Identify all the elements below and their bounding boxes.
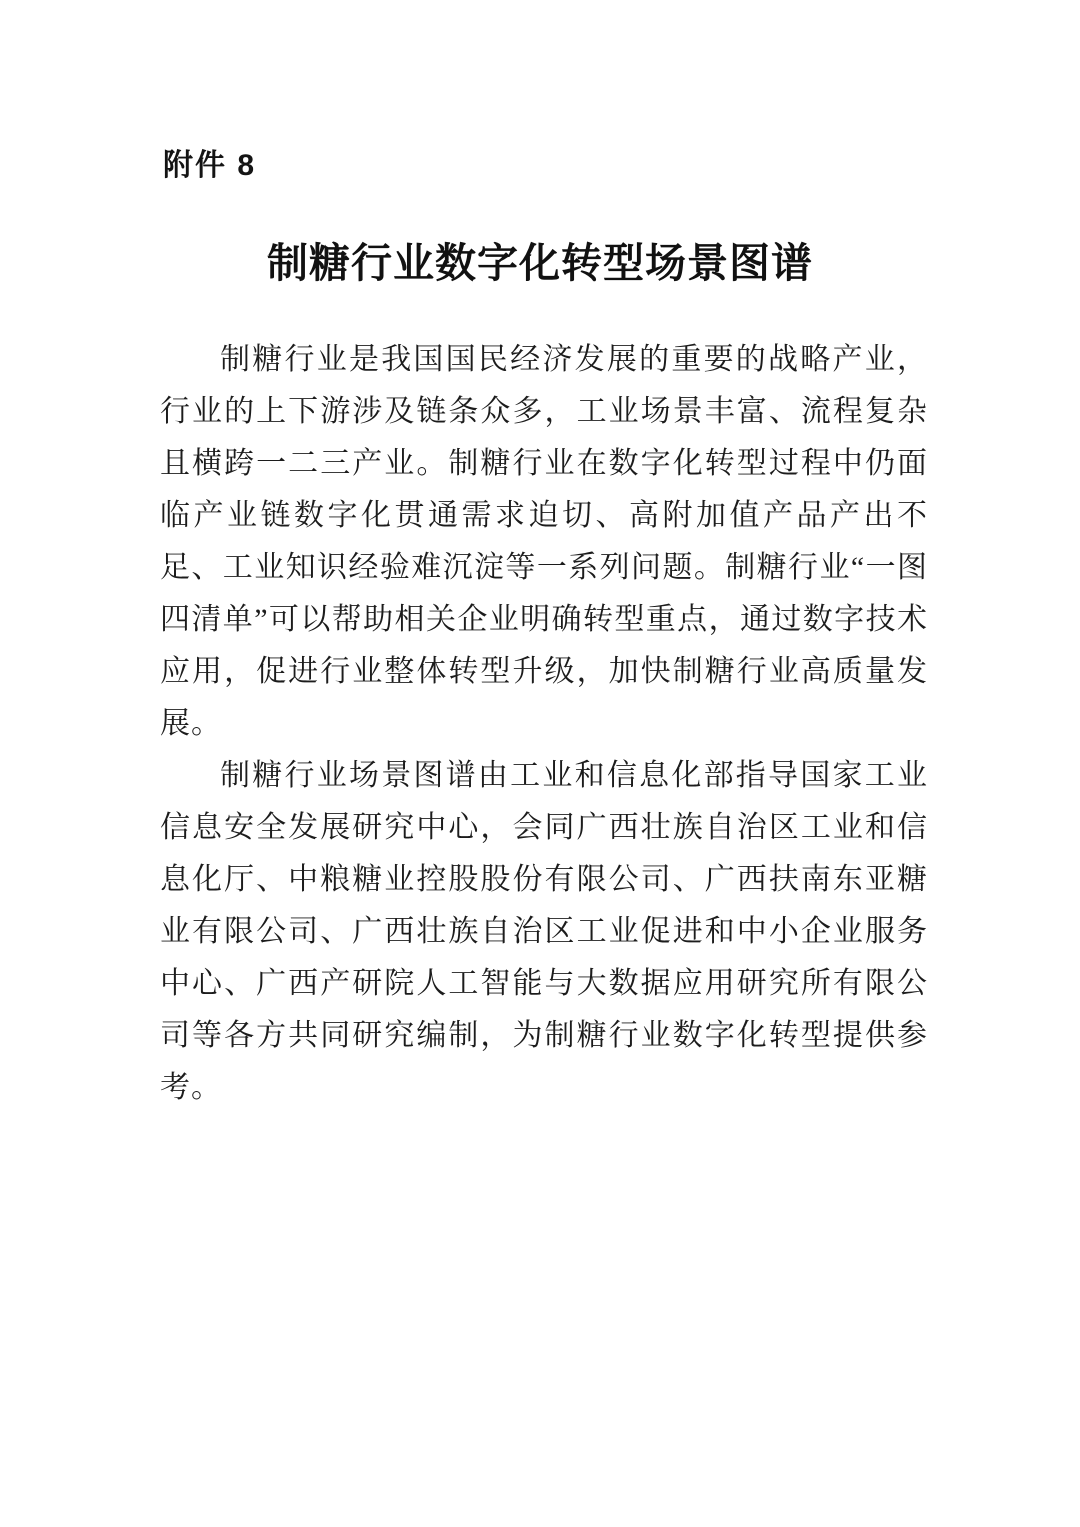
- paragraph-2: 制糖行业场景图谱由工业和信息化部指导国家工业信息安全发展研究中心，会同广西壮族自…: [160, 750, 928, 1114]
- document-title: 制糖行业数字化转型场景图谱: [0, 230, 1080, 289]
- document-page: 附件 8 制糖行业数字化转型场景图谱 制糖行业是我国国民经济发展的重要的战略产业…: [0, 0, 1080, 1527]
- document-body: 制糖行业是我国国民经济发展的重要的战略产业，行业的上下游涉及链条众多，工业场景丰…: [160, 334, 928, 1114]
- paragraph-1: 制糖行业是我国国民经济发展的重要的战略产业，行业的上下游涉及链条众多，工业场景丰…: [160, 334, 928, 750]
- attachment-label: 附件 8: [163, 140, 256, 184]
